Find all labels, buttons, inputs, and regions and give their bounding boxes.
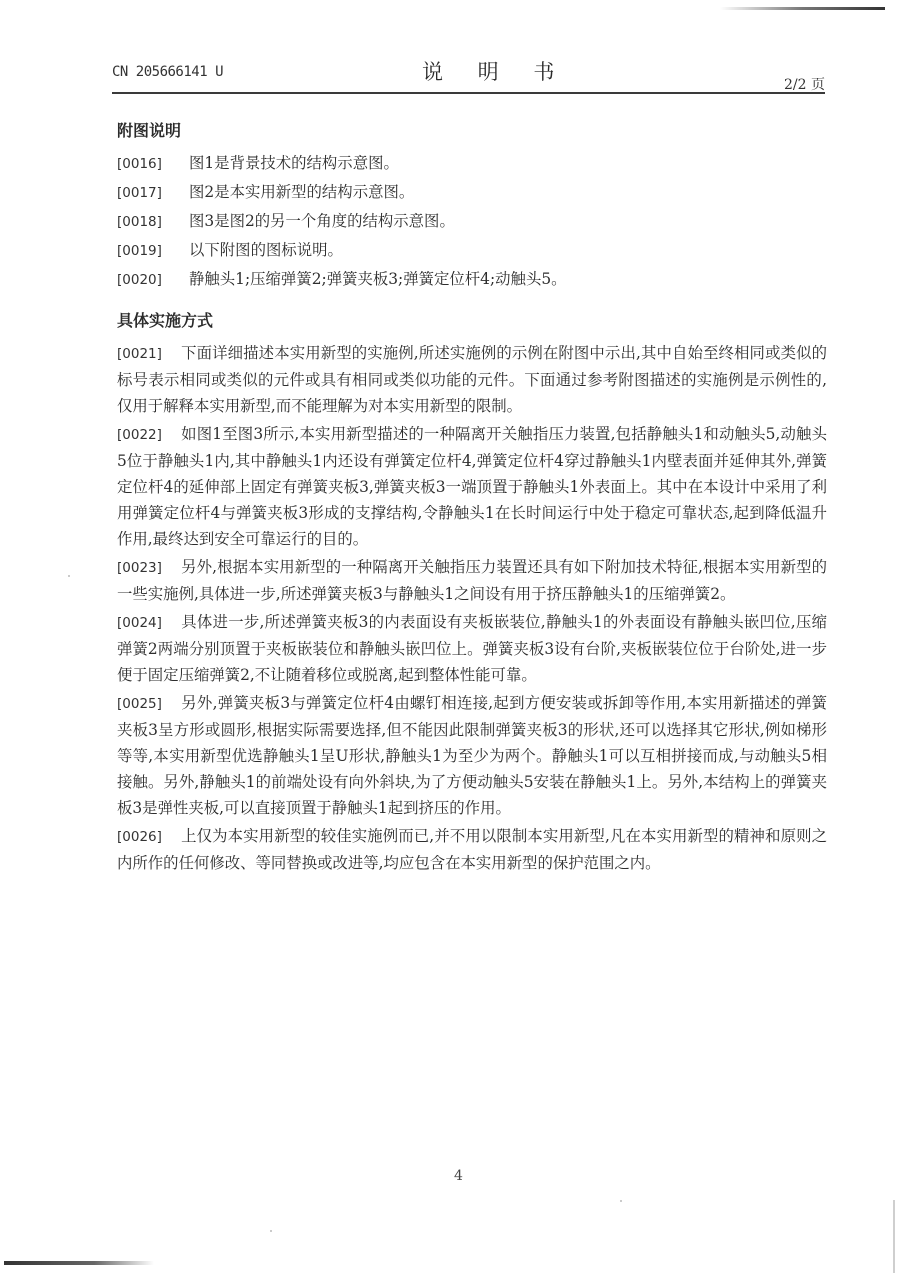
paragraph-number: [0026] (117, 824, 181, 850)
document-title: 说 明 书 (422, 56, 568, 86)
paragraph-0023: [0023]另外,根据本实用新型的一种隔离开关触指压力装置还具有如下附加技术特征… (117, 554, 827, 607)
paragraph-text: 具体进一步,所述弹簧夹板3的内表面设有夹板嵌装位,静触头1的外表面设有静触头嵌凹… (117, 613, 827, 684)
scan-speck (620, 1200, 622, 1202)
paragraph-text: 静触头1;压缩弹簧2;弹簧夹板3;弹簧定位杆4;动触头5。 (189, 270, 567, 288)
scan-edge-bottom (4, 1261, 154, 1265)
paragraph-number: [0024] (117, 610, 181, 636)
scan-speck (68, 575, 70, 577)
patent-number: CN 205666141 U (112, 64, 223, 80)
paragraph-number: [0017] (117, 180, 189, 206)
section-embodiments: 具体实施方式 [0021]下面详细描述本实用新型的实施例,所述实施例的示例在附图… (117, 310, 827, 878)
paragraph-text: 图3是图2的另一个角度的结构示意图。 (189, 212, 455, 230)
section-heading: 附图说明 (117, 120, 827, 142)
paragraph-text: 另外,根据本实用新型的一种隔离开关触指压力装置还具有如下附加技术特征,根据本实用… (117, 558, 827, 603)
page-number: 4 (454, 1168, 463, 1184)
paragraph-number: [0019] (117, 238, 189, 264)
paragraph-number: [0018] (117, 209, 189, 235)
paragraph-number: [0023] (117, 555, 181, 581)
header-divider (112, 92, 825, 94)
page-header: CN 205666141 U 说 明 书 2/2 页 (112, 52, 825, 94)
paragraph-0019: [0019]以下附图的图标说明。 (117, 237, 827, 264)
paragraph-number: [0021] (117, 341, 181, 367)
paragraph-number: [0020] (117, 267, 189, 293)
paragraph-0025: [0025]另外,弹簧夹板3与弹簧定位杆4由螺钉相连接,起到方便安装或拆卸等作用… (117, 690, 827, 821)
paragraph-0021: [0021]下面详细描述本实用新型的实施例,所述实施例的示例在附图中示出,其中自… (117, 340, 827, 419)
paragraph-text: 如图1至图3所示,本实用新型描述的一种隔离开关触指压力装置,包括静触头1和动触头… (117, 425, 827, 548)
paragraph-text: 以下附图的图标说明。 (189, 241, 343, 259)
paragraph-0024: [0024]具体进一步,所述弹簧夹板3的内表面设有夹板嵌装位,静触头1的外表面设… (117, 609, 827, 688)
paragraph-0022: [0022]如图1至图3所示,本实用新型描述的一种隔离开关触指压力装置,包括静触… (117, 421, 827, 552)
paragraph-text: 下面详细描述本实用新型的实施例,所述实施例的示例在附图中示出,其中自始至终相同或… (117, 344, 827, 415)
paragraph-0018: [0018]图3是图2的另一个角度的结构示意图。 (117, 208, 827, 235)
paragraph-0016: [0016]图1是背景技术的结构示意图。 (117, 150, 827, 177)
paragraph-text: 另外,弹簧夹板3与弹簧定位杆4由螺钉相连接,起到方便安装或拆卸等作用,本实用新描… (117, 694, 827, 817)
paragraph-text: 图2是本实用新型的结构示意图。 (189, 183, 414, 201)
section-figure-description: 附图说明 [0016]图1是背景技术的结构示意图。 [0017]图2是本实用新型… (117, 120, 827, 295)
paragraph-text: 图1是背景技术的结构示意图。 (189, 154, 399, 172)
paragraph-number: [0025] (117, 691, 181, 717)
scan-edge-right (893, 1200, 895, 1273)
page-indicator: 2/2 页 (784, 74, 825, 94)
paragraph-number: [0016] (117, 151, 189, 177)
paragraph-0017: [0017]图2是本实用新型的结构示意图。 (117, 179, 827, 206)
section-heading: 具体实施方式 (117, 310, 827, 332)
paragraph-text: 上仅为本实用新型的较佳实施例而已,并不用以限制本实用新型,凡在本实用新型的精神和… (117, 827, 827, 872)
paragraph-0026: [0026]上仅为本实用新型的较佳实施例而已,并不用以限制本实用新型,凡在本实用… (117, 823, 827, 876)
paragraph-0020: [0020]静触头1;压缩弹簧2;弹簧夹板3;弹簧定位杆4;动触头5。 (117, 266, 827, 293)
paragraph-number: [0022] (117, 422, 181, 448)
scan-edge-top (720, 7, 885, 10)
scan-speck (270, 1230, 272, 1232)
